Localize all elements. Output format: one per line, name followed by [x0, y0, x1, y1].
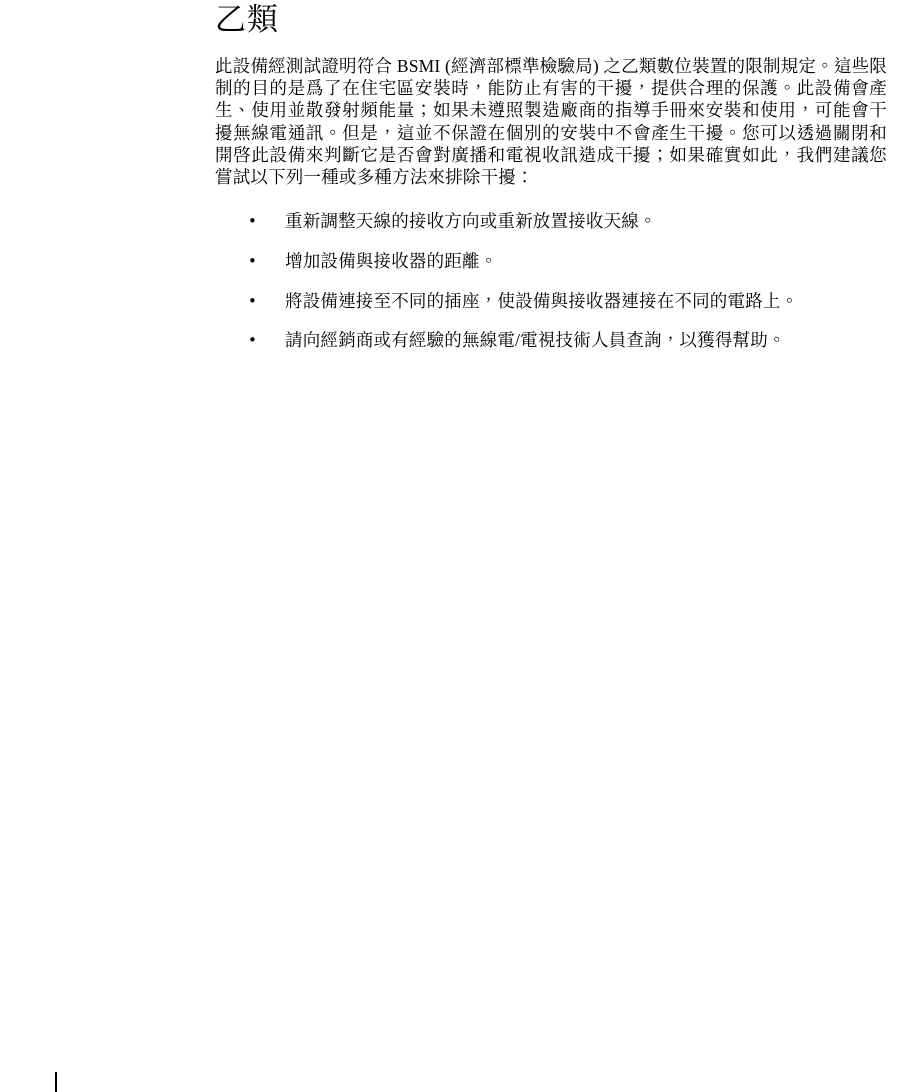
document-content: 乙類 此設備經測試證明符合 BSMI (經濟部標準檢驗局) 之乙類數位裝置的限制…	[215, 0, 887, 369]
list-item-text: 請向經銷商或有經驗的無線電/電視技術人員查詢，以獲得幫助。	[285, 330, 786, 350]
list-item: • 將設備連接至不同的插座，使設備與接收器連接在不同的電路上。	[215, 290, 887, 312]
document-page: 乙類 此設備經測試證明符合 BSMI (經濟部標準檢驗局) 之乙類數位裝置的限制…	[0, 0, 899, 1092]
list-item: • 請向經銷商或有經驗的無線電/電視技術人員查詢，以獲得幫助。	[215, 329, 887, 351]
bullet-icon: •	[248, 290, 257, 312]
body-paragraph: 此設備經測試證明符合 BSMI (經濟部標準檢驗局) 之乙類數位裝置的限制規定。…	[215, 55, 887, 188]
list-item-text: 重新調整天線的接收方向或重新放置接收天線。	[285, 211, 657, 231]
list-item-text: 增加設備與接收器的距離。	[285, 251, 497, 271]
bullet-icon: •	[248, 329, 257, 351]
bullet-icon: •	[248, 210, 257, 232]
list-item-text: 將設備連接至不同的插座，使設備與接收器連接在不同的電路上。	[285, 291, 798, 311]
list-item: • 重新調整天線的接收方向或重新放置接收天線。	[215, 210, 887, 232]
section-heading: 乙類	[215, 0, 887, 39]
bullet-list: • 重新調整天線的接收方向或重新放置接收天線。 • 增加設備與接收器的距離。 •…	[215, 210, 887, 351]
list-item: • 增加設備與接收器的距離。	[215, 250, 887, 272]
bullet-icon: •	[248, 250, 257, 272]
footer-page-divider	[55, 1072, 57, 1092]
